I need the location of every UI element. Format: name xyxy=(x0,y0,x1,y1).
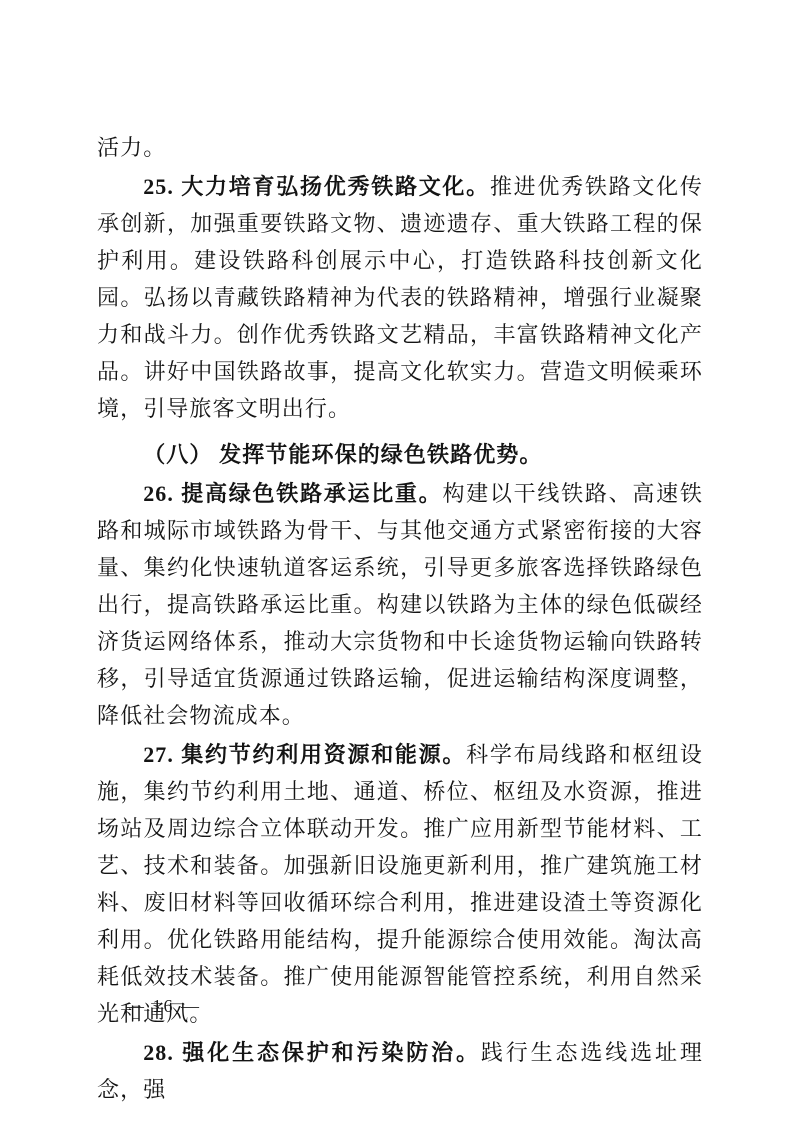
paragraph-28: 28. 强化生态保护和污染防治。践行生态选线选址理念，强 xyxy=(97,1034,703,1108)
paragraph-27: 27. 集约节约利用资源和能源。科学布局线路和枢纽设施，集约节约利用土地、通道、… xyxy=(97,736,703,1032)
paragraph-continuation: 活力。 xyxy=(97,129,703,166)
paragraph-26-lead: 26. 提高绿色铁路承运比重。 xyxy=(143,481,442,506)
paragraph-28-lead: 28. 强化生态保护和污染防治。 xyxy=(143,1040,481,1065)
section-heading-8: （八） 发挥节能环保的绿色铁路优势。 xyxy=(97,436,703,473)
paragraph-26-body: 构建以干线铁路、高速铁路和城际市域铁路为骨干、与其他交通方式紧密衔接的大容量、集… xyxy=(97,481,703,728)
paragraph-25-lead: 25. 大力培育弘扬优秀铁路文化。 xyxy=(143,174,490,199)
paragraph-26: 26. 提高绿色铁路承运比重。构建以干线铁路、高速铁路和城际市域铁路为骨干、与其… xyxy=(97,475,703,734)
document-body: 活力。 25. 大力培育弘扬优秀铁路文化。推进优秀铁路文化传承创新，加强重要铁路… xyxy=(97,129,703,1108)
page-number: — 16 — xyxy=(126,996,201,1017)
paragraph-27-body: 科学布局线路和枢纽设施，集约节约利用土地、通道、桥位、枢纽及水资源，推进场站及周… xyxy=(97,742,703,1026)
document-page: 活力。 25. 大力培育弘扬优秀铁路文化。推进优秀铁路文化传承创新，加强重要铁路… xyxy=(0,0,793,1122)
paragraph-25: 25. 大力培育弘扬优秀铁路文化。推进优秀铁路文化传承创新，加强重要铁路文物、遗… xyxy=(97,168,703,427)
paragraph-25-body: 推进优秀铁路文化传承创新，加强重要铁路文物、遗迹遗存、重大铁路工程的保护利用。建… xyxy=(97,174,703,421)
paragraph-27-lead: 27. 集约节约利用资源和能源。 xyxy=(143,742,466,767)
